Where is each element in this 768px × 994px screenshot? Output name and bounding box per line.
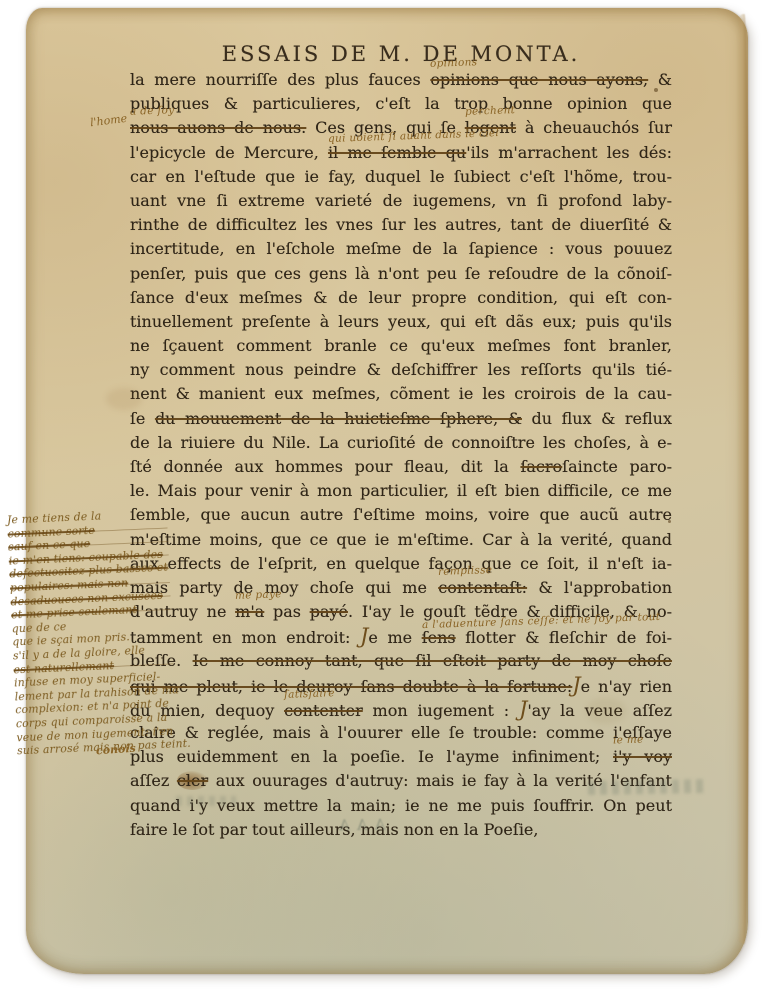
printed-text: penſer, puis que ces gens là n'ont peu ſ… <box>130 264 672 283</box>
text-line: car en l'eſtude que ie fay, duquel le ſu… <box>130 165 672 189</box>
struck-text: du mouuement de la huictieſme ſphere, & <box>155 409 522 428</box>
corrected-passage: remplissecontentaſt: <box>438 578 527 597</box>
printed-text: m'eſtime moins, que ce que ie m'eſtime. … <box>130 530 672 549</box>
text-line: ſté donnée aux hommes pour fleau, dit la… <box>130 455 672 479</box>
printed-text: & l'approbation <box>527 578 672 597</box>
printed-text: plus euidemment en la poeſie. Ie l'ayme … <box>130 747 613 766</box>
text-line: aux effects de l'eſprit, en quelque faço… <box>130 552 672 576</box>
printed-text: le. Mais pour venir à mon particulier, i… <box>130 481 672 500</box>
corrected-passage: me payem'a <box>235 602 264 621</box>
bleedthrough-signature: AAA <box>332 816 386 835</box>
struck-text: ſacro <box>520 457 562 476</box>
printed-text: ny comment nous peindre & deſchiffrer le… <box>130 360 672 379</box>
printed-text: ſemble, que aucun autre ſ'eſtime moins, … <box>130 505 672 524</box>
interlinear-handwriting: remplisse <box>438 565 493 577</box>
printed-text: à cheuauchós ſur <box>516 118 672 137</box>
printed-text: uant vne ſi extreme varieté de iugemens,… <box>130 191 672 210</box>
printed-text: mon iugement : <box>363 701 519 720</box>
corrected-passage: a de ſoynous auons de nous. <box>130 118 306 137</box>
text-line: le. Mais pour venir à mon particulier, i… <box>130 479 672 503</box>
interlinear-handwriting: a de ſoy <box>130 106 175 118</box>
corrected-passage: ſatisfairecontenter <box>284 701 363 720</box>
struck-text: i'y voy <box>613 747 672 766</box>
printed-text: ſe <box>130 409 155 428</box>
ink-speck <box>654 88 658 92</box>
struck-text: contenter <box>284 701 363 720</box>
text-line: ſe du mouuement de la huictieſme ſphere,… <box>130 407 672 431</box>
printed-text: la mere nourriſſe des plus fauces <box>130 70 430 89</box>
text-line: ny comment nous peindre & deſchiffrer le… <box>130 358 672 382</box>
printed-text: ſance d'eux meſmes & de leur propre cond… <box>130 288 672 307</box>
printed-text: tinuellement preſente à leurs yeux, qui … <box>130 312 672 331</box>
scan-background: ESSAIS DE M. DE MONTA. la mere nourriſſe… <box>0 0 768 994</box>
struck-text: ſens <box>422 628 456 647</box>
struck-text: m'a <box>235 602 264 621</box>
text-line: de la riuiere du Nile. La curioſité de c… <box>130 431 672 455</box>
printed-text: mais party de moy choſe qui me <box>130 578 438 597</box>
struck-text: Ie me connoy tant, que ſil eſtoit party … <box>193 651 672 670</box>
text-line: rinthe de difficultez les vnes ſur les a… <box>130 213 672 237</box>
corrected-passage: a l'aduenture ſans ceſſe: et ne ſoy par … <box>422 628 456 647</box>
text-line: publiques & particulieres, c'eſt la trop… <box>130 92 672 116</box>
printed-text: nent & manient eux meſmes, cõment ie les… <box>130 384 672 403</box>
printed-text: e n'ay rien <box>581 677 672 696</box>
text-line: ne ſçauent comment branle ce qu'eux meſm… <box>130 334 672 358</box>
printed-text: pas <box>264 602 309 621</box>
printed-text: l'epicycle de Mercure, <box>130 143 328 162</box>
interlinear-handwriting: opinions <box>430 57 478 69</box>
printed-text: ſté donnée aux hommes pour fleau, dit la <box>130 457 520 476</box>
text-line: incertitude, en l'eſchole meſme de la ſa… <box>130 237 672 261</box>
struck-text: cler <box>177 771 208 790</box>
printed-text: aſſez <box>130 771 177 790</box>
text-line: bleſſe. Ie me connoy tant, que ſil eſtoi… <box>130 649 672 673</box>
text-line: tinuellement preſente à leurs yeux, qui … <box>130 310 672 334</box>
struck-text: il me ſemble qu <box>328 143 466 162</box>
struck-text: contentaſt: <box>438 578 527 597</box>
text-line: penſer, puis que ces gens là n'ont peu ſ… <box>130 262 672 286</box>
printed-text: 'ils m'arrachent les dés: <box>466 143 672 162</box>
text-line: ſemble, que aucun autre ſ'eſtime moins, … <box>130 503 672 527</box>
text-line: la mere nourriſſe des plus fauces opinio… <box>130 68 672 92</box>
body-text: la mere nourriſſe des plus fauces opinio… <box>130 68 672 842</box>
text-line: mais party de moy choſe qui me remplisse… <box>130 576 672 600</box>
bleedthrough-smudge <box>176 796 236 806</box>
printed-text: publiques & particulieres, c'eſt la trop… <box>130 94 672 113</box>
margin-correction-conois: conois <box>96 742 137 758</box>
text-line: l'epicycle de Mercure, qui uoient ſi aua… <box>130 141 672 165</box>
text-line: faire le ſot par tout ailleurs, mais non… <box>130 818 672 842</box>
struck-text: nous auons de nous. <box>130 118 306 137</box>
struck-text: qui me pleut, ie le deuroy ſans doubte à… <box>130 677 572 696</box>
printed-text: ſaincte paro- <box>562 457 672 476</box>
printed-text: e me <box>368 628 421 647</box>
margin-correction-lhome: l'home <box>89 112 128 129</box>
bleedthrough-smudge <box>588 779 708 795</box>
page-deckle-edge <box>737 14 749 944</box>
printed-text: aux effects de l'eſprit, en quelque faço… <box>130 554 672 573</box>
text-line: nent & manient eux meſmes, cõment ie les… <box>130 382 672 406</box>
text-line: qui me pleut, ie le deuroy ſans doubte à… <box>130 673 672 697</box>
text-line: plus euidemment en la poeſie. Ie l'ayme … <box>130 745 672 769</box>
text-line: ſance d'eux meſmes & de leur propre cond… <box>130 286 672 310</box>
ink-speck <box>668 520 671 523</box>
printed-text: flotter & fleſchir de foi- <box>456 628 672 647</box>
printed-text: rinthe de difficultez les vnes ſur les a… <box>130 215 672 234</box>
interlinear-handwriting: ie me <box>613 735 644 746</box>
text-line: uant vne ſi extreme varieté de iugemens,… <box>130 189 672 213</box>
printed-text: de la riuiere du Nile. La curioſité de c… <box>130 433 672 452</box>
corrected-passage: qui uoient ſi auant dans le cielil me ſe… <box>328 143 466 162</box>
corrected-passage: ie mei'y voy <box>613 747 672 766</box>
handwritten-letter: J <box>572 673 580 697</box>
printed-text: incertitude, en l'eſchole meſme de la ſa… <box>130 239 672 258</box>
text-line: m'eſtime moins, que ce que ie m'eſtime. … <box>130 528 672 552</box>
text-line: claire & reglée, mais à l'ouurer elle ſe… <box>130 721 672 745</box>
interlinear-handwriting: perchent <box>465 106 516 118</box>
interlinear-handwriting: me paye <box>235 589 282 601</box>
printed-text: ne ſçauent comment branle ce qu'eux meſm… <box>130 336 672 355</box>
book-page: ESSAIS DE M. DE MONTA. la mere nourriſſe… <box>26 8 748 974</box>
printed-text: car en l'eſtude que ie fay, duquel le ſu… <box>130 167 672 186</box>
running-title: ESSAIS DE M. DE MONTA. <box>130 42 672 66</box>
interlinear-handwriting: ſatisfaire <box>284 688 335 700</box>
printed-text: du flux & reflux <box>522 409 672 428</box>
struck-text: payé <box>310 602 348 621</box>
margin-annotation-block: Je me tiens de lacommune sortesauf en ce… <box>7 507 178 758</box>
printed-text: & <box>648 70 672 89</box>
printed-text: claire & reglée, mais à l'ouurer elle ſe… <box>130 723 672 742</box>
text-line: tamment en mon endroit: Je me a l'aduent… <box>130 624 672 648</box>
paper-stain <box>586 698 626 724</box>
corrected-passage: opinionsopinions que nous ayons, <box>430 70 648 89</box>
struck-text: opinions que nous ayons, <box>430 70 648 89</box>
paper-stain <box>106 388 142 410</box>
